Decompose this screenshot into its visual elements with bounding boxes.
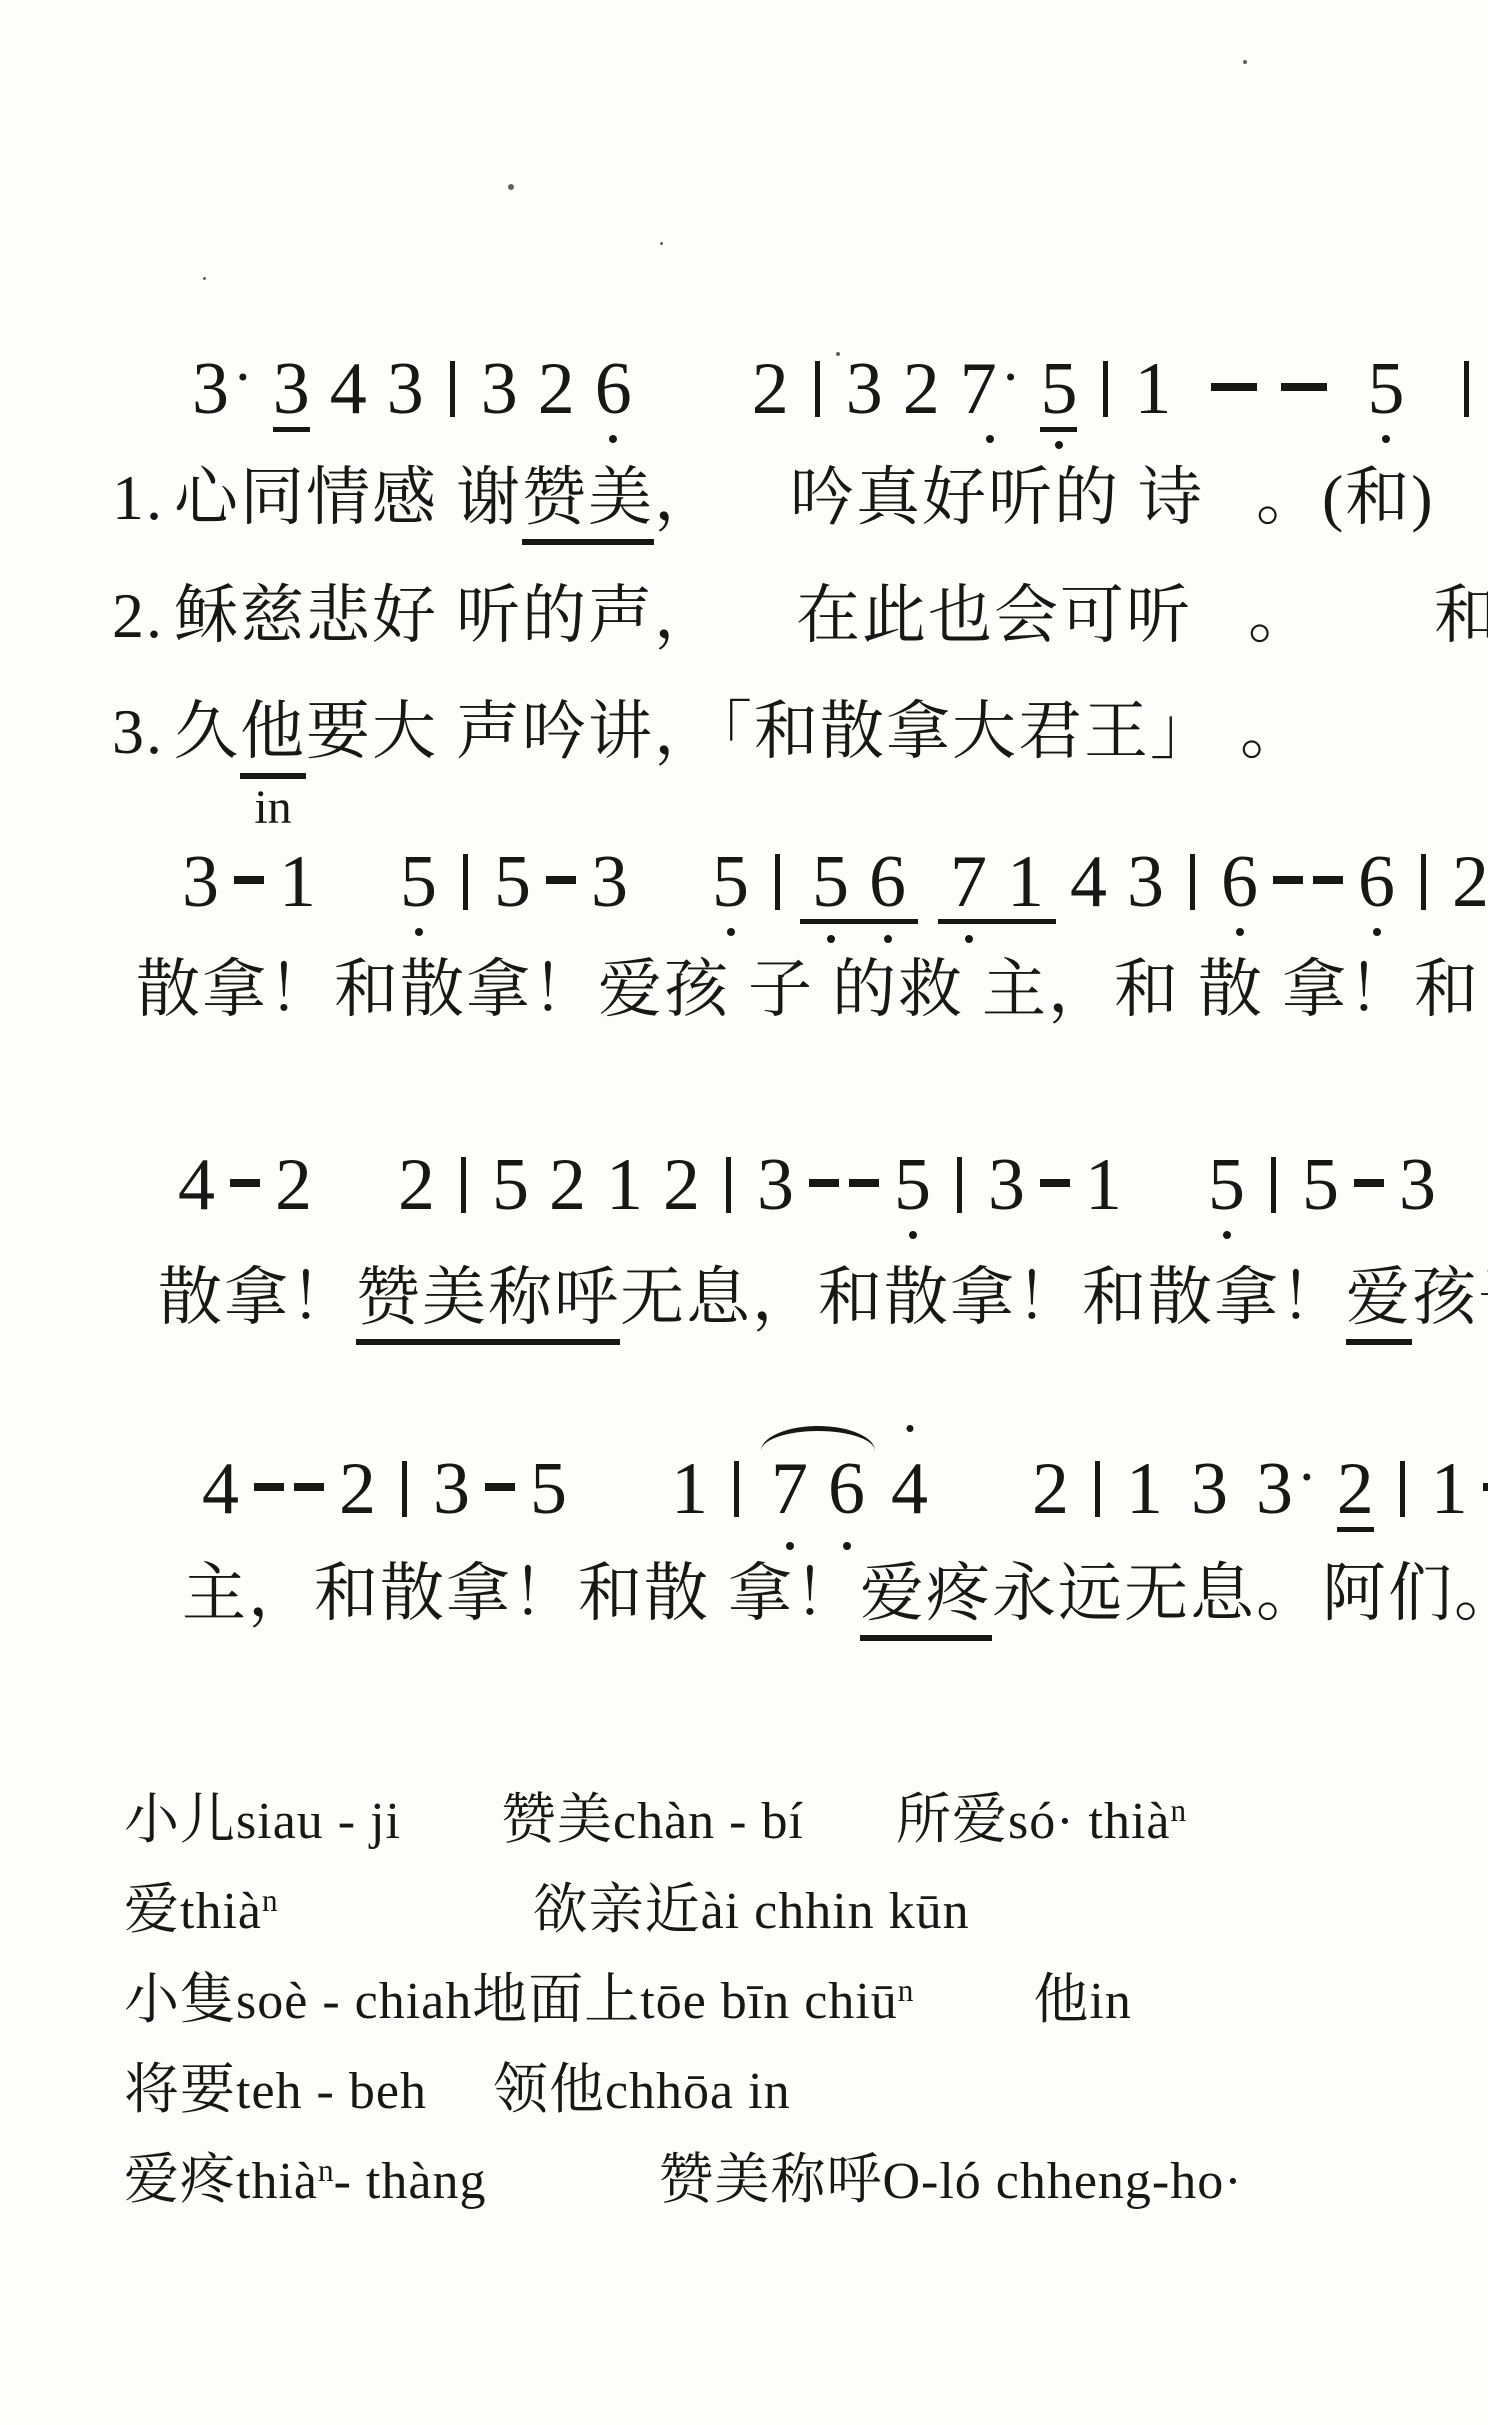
jianpu-note: 5	[530, 1452, 567, 1526]
jianpu-note: 6	[595, 352, 632, 426]
text-segment: 散拿！	[158, 1260, 356, 1337]
low-octave-dot	[827, 935, 835, 943]
jianpu-note: 5	[494, 845, 531, 919]
duration-dash	[1354, 1179, 1384, 1187]
duration-dash	[1281, 383, 1327, 391]
text-segment: 所爱	[896, 1790, 1008, 1851]
scanned-hymn-sheet-page: 3·3433262327·515 1.心同情感 谢赞美，吟真好听的 诗。(和) …	[0, 0, 1488, 2425]
jianpu-note: 4	[891, 1452, 928, 1526]
text-segment: 久	[174, 694, 240, 771]
barline	[775, 854, 780, 910]
jianpu-note: 2	[1337, 1452, 1374, 1532]
text-segment: n	[1171, 1794, 1187, 1828]
verse-1-lyrics: 1.心同情感 谢赞美，吟真好听的 诗。(和)	[112, 460, 1435, 545]
text-segment: 散拿！和散拿！爱孩 子 的救 主，和 散 拿！和	[136, 952, 1480, 1029]
barline	[734, 1461, 739, 1517]
jianpu-note: 2	[1032, 1452, 1069, 1526]
chorus-lyrics-line-1: 散拿！和散拿！爱孩 子 的救 主，和 散 拿！和	[136, 952, 1480, 1029]
jianpu-note: 3	[757, 1148, 794, 1222]
text-segment: 3.	[112, 694, 164, 771]
low-octave-dot	[1236, 928, 1244, 936]
jianpu-note: 3·	[1256, 1452, 1317, 1526]
duration-dash	[546, 876, 576, 884]
text-segment: n	[898, 1974, 914, 2008]
augmentation-dot: ·	[1001, 347, 1021, 406]
jianpu-note: 7	[950, 845, 987, 919]
beam-group: 56	[800, 845, 918, 924]
jianpu-note: 4	[202, 1452, 239, 1526]
beam-group: 71	[938, 845, 1056, 924]
jianpu-note: 1	[1431, 1452, 1468, 1526]
text-segment: 将要	[124, 2060, 236, 2121]
jianpu-notation-line-2: 31553556714366266	[172, 845, 1488, 924]
jianpu-note: 2	[398, 1148, 435, 1222]
romanization-line-1: 小儿siau - ji赞美chàn - bí所爱só· thiàn	[124, 1790, 1186, 1851]
fermata-icon	[890, 1416, 930, 1434]
jianpu-note: 1	[1007, 845, 1044, 919]
jianpu-note: 1	[279, 845, 316, 919]
text-segment: 无息，和散拿！和散拿！	[620, 1260, 1346, 1337]
jianpu-note: 6	[828, 1452, 865, 1526]
text-segment: ，	[654, 460, 720, 537]
jianpu-note: 5	[812, 845, 849, 919]
slur-group: 76	[759, 1452, 877, 1526]
jianpu-note: 3	[1191, 1452, 1228, 1526]
duration-dash	[1273, 876, 1303, 884]
verse-3-lyrics: 3.久他in要大 声吟讲，「和散拿大君王」。	[112, 694, 1306, 779]
text-segment: 小儿	[124, 1790, 236, 1851]
text-segment: 领他	[493, 2060, 605, 2121]
barline	[1190, 854, 1195, 910]
duration-dash	[809, 1179, 839, 1187]
jianpu-note: 3	[988, 1148, 1025, 1222]
jianpu-note: 5	[1040, 352, 1077, 432]
jianpu-note: 4	[178, 1148, 215, 1222]
low-octave-dot	[909, 1231, 917, 1239]
jianpu-note: 1	[671, 1452, 708, 1526]
text-segment: 爱疼	[124, 2150, 236, 2211]
low-octave-dot	[727, 928, 735, 936]
barline	[402, 1461, 407, 1517]
text-segment: 爱疼	[860, 1556, 992, 1641]
text-segment: 欲亲近	[533, 1880, 701, 1941]
text-segment: 在此也会可听	[796, 578, 1192, 655]
duration-dash	[849, 1179, 879, 1187]
text-segment: ài chhin kūn	[701, 1883, 970, 1940]
text-segment: 要大 声吟讲，「和散拿大君王」	[306, 694, 1216, 771]
barline	[1400, 1461, 1405, 1517]
text-segment: 和	[1434, 578, 1488, 655]
jianpu-note: 2	[1452, 845, 1488, 919]
romanization-line-3: 小隻soè - chiah 地面上tōe bīn chiūn他in	[124, 1970, 1132, 2031]
text-segment: 心同情感 谢	[174, 460, 522, 537]
text-segment: chhōa in	[605, 2063, 791, 2120]
duration-dash	[234, 876, 264, 884]
duration-dash	[254, 1483, 284, 1491]
duration-dash	[1483, 1483, 1488, 1491]
text-segment: 永远无息。阿们。	[992, 1556, 1488, 1633]
romanization-line-2: 爱thiàn欲亲近ài chhin kūn	[124, 1880, 970, 1941]
text-segment: 赞美称呼	[356, 1260, 620, 1345]
jianpu-note: 7·	[960, 352, 1021, 426]
jianpu-note: 1	[1085, 1148, 1122, 1222]
duration-dash	[1211, 383, 1257, 391]
romanization-line-5: 爱疼thiàn - thàng赞美称呼 O-ló chheng-ho·	[124, 2150, 1243, 2211]
barline	[1271, 1157, 1276, 1213]
inline-annotation: in	[254, 779, 291, 837]
jianpu-notation-line-3: 4225212353155333#2365	[168, 1148, 1488, 1227]
chorus-lyrics-line-3: 主，和散拿！和散 拿！爱疼永远无息。阿们。	[182, 1556, 1488, 1641]
low-octave-dot	[609, 435, 617, 443]
romanization-line-4: 将要teh - beh领他chhōa in	[124, 2060, 791, 2121]
jianpu-note: 2	[549, 1148, 586, 1222]
text-segment: O-ló chheng-ho·	[882, 2153, 1242, 2210]
low-octave-dot	[1055, 441, 1063, 449]
duration-dash	[1040, 1179, 1070, 1187]
verse-2-lyrics: 2.稣慈悲好 听的声，在此也会可听。和	[112, 578, 1488, 655]
barline	[1095, 1461, 1100, 1517]
jianpu-note: 3	[1399, 1148, 1436, 1222]
text-segment: 赞美称呼	[658, 2150, 882, 2211]
jianpu-notation-line-4: 423517642133·2111	[192, 1452, 1488, 1532]
barline	[463, 854, 468, 910]
jianpu-note: 2	[903, 352, 940, 426]
text-segment: n	[318, 2154, 334, 2188]
jianpu-note: 5	[712, 845, 749, 919]
text-segment: - thàng	[334, 2153, 487, 2210]
low-octave-dot	[986, 435, 994, 443]
text-segment: 主，和散拿！和散 拿！	[182, 1556, 860, 1633]
jianpu-note: 1	[606, 1148, 643, 1222]
text-segment: só· thià	[1008, 1793, 1171, 1850]
low-octave-dot	[884, 935, 892, 943]
text-segment: tōe bīn chiū	[640, 1973, 898, 2030]
duration-dash	[485, 1483, 515, 1491]
text-segment: 赞美	[501, 1790, 613, 1851]
text-segment: soè - chiah	[236, 1973, 472, 2030]
text-segment: 赞美	[522, 460, 654, 545]
text-segment: 孩子 的救	[1412, 1260, 1488, 1337]
jianpu-note: 3	[1127, 845, 1164, 919]
text-segment: in	[1089, 1973, 1131, 2030]
text-segment: 。	[1240, 694, 1306, 771]
jianpu-note: 6	[1221, 845, 1258, 919]
scan-speck	[660, 242, 663, 245]
low-octave-dot	[415, 928, 423, 936]
jianpu-note: 5	[1367, 352, 1404, 426]
scan-speck	[508, 184, 514, 190]
jianpu-notation-line-1: 3·3433262327·515	[182, 352, 1485, 432]
low-octave-dot	[786, 1542, 794, 1550]
text-segment: 2.	[112, 578, 164, 655]
duration-dash	[294, 1483, 324, 1491]
barline	[815, 361, 820, 417]
low-octave-dot	[1382, 435, 1390, 443]
text-segment: 1.	[112, 460, 164, 537]
barline	[1103, 361, 1108, 417]
jianpu-note: 5	[1208, 1148, 1245, 1222]
jianpu-note: 3	[273, 352, 310, 432]
low-octave-dot	[1373, 928, 1381, 936]
jianpu-note: 2	[275, 1148, 312, 1222]
text-segment: 吟真好听的 诗	[790, 460, 1204, 537]
jianpu-note: 4	[1070, 845, 1107, 919]
scan-speck	[1243, 60, 1247, 64]
text-segment: 他	[1033, 1970, 1089, 2031]
text-segment: 爱	[1346, 1260, 1412, 1345]
barline	[1464, 361, 1469, 417]
jianpu-note: 3	[387, 352, 424, 426]
barline	[957, 1157, 962, 1213]
text-segment: 。(和)	[1256, 460, 1435, 537]
text-segment: 地面上	[472, 1970, 640, 2031]
scan-speck	[836, 352, 840, 356]
low-octave-dot	[843, 1542, 851, 1550]
text-segment: teh - beh	[236, 2063, 427, 2120]
text-segment: chàn - bí	[613, 1793, 804, 1850]
jianpu-note: 1	[1134, 352, 1171, 426]
jianpu-note: 2	[339, 1452, 376, 1526]
jianpu-note: 2	[538, 352, 575, 426]
text-segment: 。	[1248, 578, 1314, 655]
text-segment: 稣慈悲好 听的声，	[174, 578, 720, 655]
scan-speck	[203, 277, 206, 280]
chorus-lyrics-line-2: 散拿！赞美称呼无息，和散拿！和散拿！爱孩子 的救	[158, 1260, 1488, 1345]
jianpu-note: 2	[663, 1148, 700, 1222]
augmentation-dot: ·	[233, 347, 253, 406]
jianpu-note: 6	[869, 845, 906, 919]
jianpu-note: 3	[481, 352, 518, 426]
barline	[1421, 854, 1426, 910]
jianpu-note: 4	[330, 352, 367, 426]
text-segment: n	[262, 1884, 278, 1918]
jianpu-note: 1	[1126, 1452, 1163, 1526]
text-segment: 爱	[124, 1880, 180, 1941]
jianpu-note: 3	[433, 1452, 470, 1526]
jianpu-note: 3	[182, 845, 219, 919]
text-segment: siau - ji	[236, 1793, 401, 1850]
jianpu-note: 3	[591, 845, 628, 919]
text-segment: 他in	[240, 694, 306, 779]
jianpu-note: 3·	[192, 352, 253, 426]
augmentation-dot: ·	[1297, 1447, 1317, 1506]
text-segment: thià	[236, 2153, 318, 2210]
barline	[461, 1157, 466, 1213]
jianpu-note: 3	[846, 352, 883, 426]
barline	[450, 361, 455, 417]
jianpu-note: 5	[492, 1148, 529, 1222]
barline	[726, 1157, 731, 1213]
jianpu-note: 2	[752, 352, 789, 426]
jianpu-note: 6	[1358, 845, 1395, 919]
low-octave-dot	[965, 935, 973, 943]
jianpu-note: 7	[771, 1452, 808, 1526]
duration-dash	[230, 1179, 260, 1187]
jianpu-note: 5	[400, 845, 437, 919]
duration-dash	[1313, 876, 1343, 884]
low-octave-dot	[1223, 1231, 1231, 1239]
text-segment: 小隻	[124, 1970, 236, 2031]
jianpu-note: 5	[1302, 1148, 1339, 1222]
text-segment: thià	[180, 1883, 262, 1940]
jianpu-note: 5	[894, 1148, 931, 1222]
